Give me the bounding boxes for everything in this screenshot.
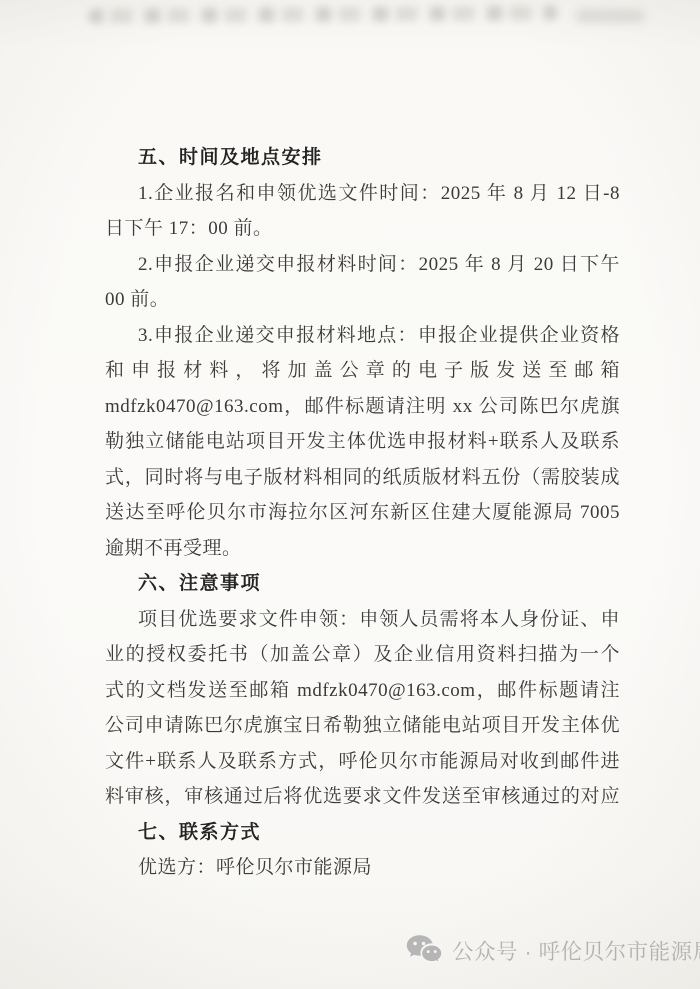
doc-line: 优选方：呼伦贝尔市能源局 bbox=[105, 850, 620, 886]
doc-line: 日下午 17：00 前。 bbox=[105, 211, 620, 247]
scan-artifact-top bbox=[88, 5, 558, 23]
doc-line: 业的授权委托书（加盖公章）及企业信用资料扫描为一个 PDF 格 bbox=[105, 637, 620, 673]
document-body: 五、时间及地点安排 1.企业报名和申领优选文件时间：2025 年 8 月 12 … bbox=[105, 140, 620, 886]
doc-line: 文件+联系人及联系方式，呼伦贝尔市能源局对收到邮件进行资 bbox=[105, 744, 620, 780]
doc-line: 项目优选要求文件申领：申领人员需将本人身份证、申报企 bbox=[105, 602, 620, 638]
scan-artifact-top-right bbox=[575, 10, 645, 22]
doc-line: 00 前。 bbox=[105, 282, 620, 318]
wechat-watermark: 公众号 · 呼伦贝尔市能源局 bbox=[406, 934, 700, 967]
doc-line: 和申报材料，将加盖公章的电子版发送至邮箱 bbox=[105, 353, 620, 389]
doc-line: 式，同时将与电子版材料相同的纸质版材料五份（需胶装成册）， bbox=[105, 460, 620, 496]
doc-line: 2.申报企业递交申报材料时间：2025 年 8 月 20 日下午 17： bbox=[105, 247, 620, 283]
doc-line: 逾期不再受理。 bbox=[105, 531, 620, 567]
wechat-icon bbox=[406, 934, 443, 967]
doc-line: 式的文档发送至邮箱 mdfzk0470@163.com，邮件标题请注明 xx bbox=[105, 673, 620, 709]
doc-line: 送达至呼伦贝尔市海拉尔区河东新区住建大厦能源局 7005 室， bbox=[105, 495, 620, 531]
scanned-document-page: 五、时间及地点安排 1.企业报名和申领优选文件时间：2025 年 8 月 12 … bbox=[0, 0, 700, 989]
section-6-heading: 六、注意事项 bbox=[105, 566, 620, 602]
section-7-heading: 七、联系方式 bbox=[105, 815, 620, 851]
doc-line: 料审核，审核通过后将优选要求文件发送至审核通过的对应邮箱。 bbox=[105, 779, 620, 815]
doc-line: mdfzk0470@163.com，邮件标题请注明 xx 公司陈巴尔虎旗宝日希 bbox=[105, 389, 620, 425]
doc-line: 公司申请陈巴尔虎旗宝日希勒独立储能电站项目开发主体优选 bbox=[105, 708, 620, 744]
watermark-label: 公众号 · 呼伦贝尔市能源局 bbox=[452, 935, 700, 966]
doc-line: 勒独立储能电站项目开发主体优选申报材料+联系人及联系方 bbox=[105, 424, 620, 460]
doc-line: 3.申报企业递交申报材料地点：申报企业提供企业资格要求 bbox=[105, 318, 620, 354]
doc-line: 1.企业报名和申领优选文件时间：2025 年 8 月 12 日-8 月 18 bbox=[105, 176, 620, 212]
section-5-heading: 五、时间及地点安排 bbox=[105, 140, 620, 176]
